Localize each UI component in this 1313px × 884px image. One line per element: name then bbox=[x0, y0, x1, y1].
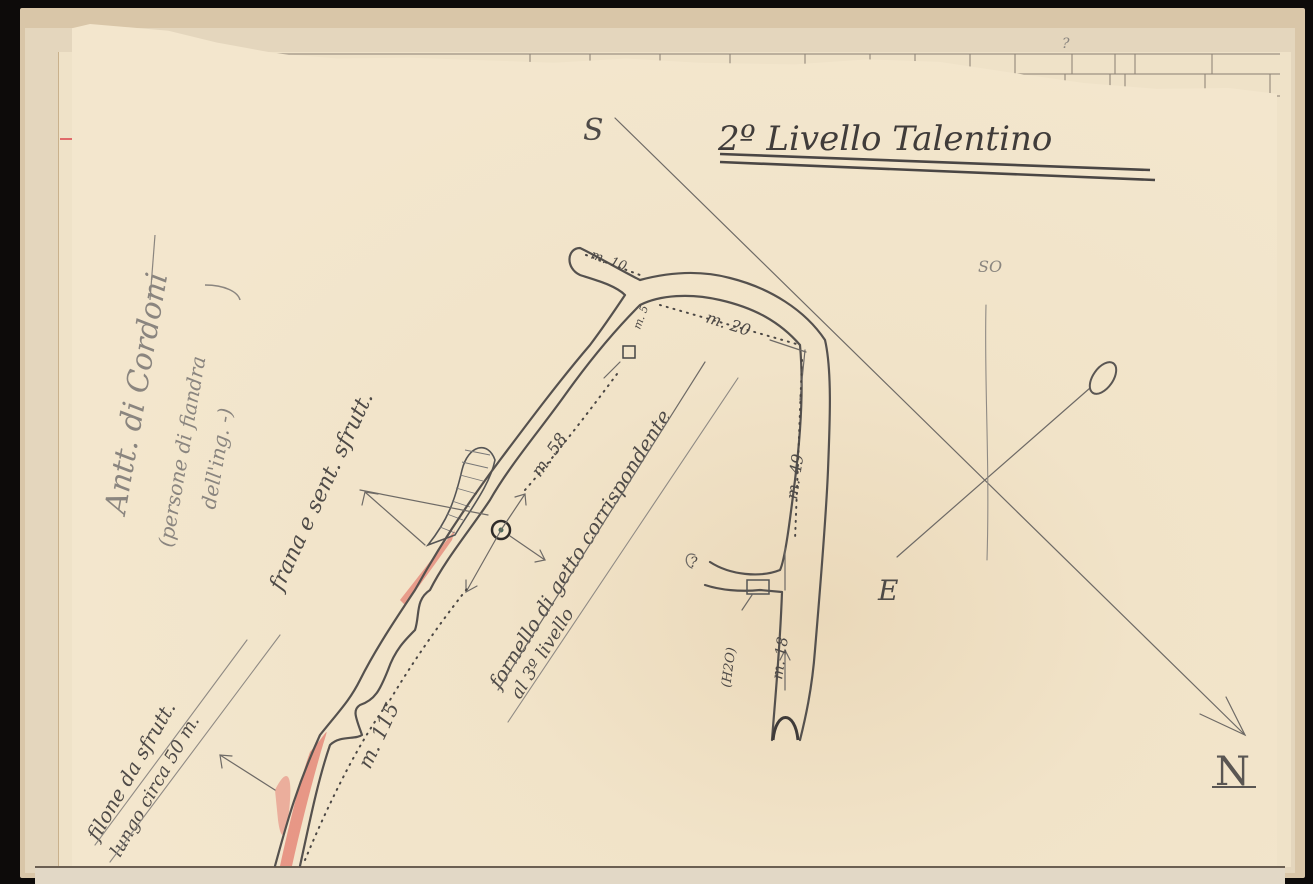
southwest-label: SO bbox=[978, 257, 1002, 276]
measure-short-segment: m. 5 bbox=[631, 304, 652, 331]
arrow-up-icon bbox=[501, 494, 525, 530]
survey-station-box bbox=[623, 346, 635, 358]
unknown-branch-label: ? bbox=[690, 555, 698, 571]
arrow-station-icon bbox=[604, 362, 620, 378]
note-persone: (persone di fiandra bbox=[153, 354, 210, 549]
east-label: E bbox=[877, 574, 898, 607]
east-west-line bbox=[897, 388, 1090, 557]
arrow-shaft-icon bbox=[510, 536, 545, 560]
north-label: N bbox=[1215, 749, 1250, 795]
south-label: S bbox=[583, 113, 604, 148]
measurements: m. 10 m. 5 m. 20 m. 58 m. 49 m. 18 m. 11… bbox=[353, 248, 808, 772]
measure-branch-top: m. 10 bbox=[589, 248, 629, 275]
north-south-line bbox=[615, 118, 1245, 735]
north-arrowhead-icon bbox=[1200, 697, 1245, 735]
title-text: 2º Livello Talentino bbox=[717, 119, 1052, 159]
stope-pointer bbox=[220, 755, 275, 790]
mine-gallery: ? bbox=[220, 248, 830, 866]
water-box bbox=[747, 580, 769, 594]
water-arrow-icon bbox=[742, 595, 752, 610]
faint-vertical-line bbox=[986, 305, 988, 560]
mine-survey-drawing: 2º Livello Talentino ? S N E SO bbox=[0, 0, 1313, 884]
collapse-zone bbox=[428, 448, 495, 545]
compass-rose: S N E SO bbox=[583, 113, 1256, 795]
arrow-down-icon bbox=[466, 530, 501, 592]
survey-line-right bbox=[795, 360, 802, 540]
note-shaft-line1: fornello di getto corrispondente bbox=[483, 405, 676, 694]
note-ing: dell'ing. -) bbox=[196, 406, 237, 511]
note-collapse: frana e sent. sfrutt. bbox=[264, 388, 379, 596]
entrance-arch bbox=[773, 718, 798, 741]
west-label-o bbox=[1084, 358, 1121, 399]
measure-entrance-segment: m. 18 bbox=[768, 636, 792, 681]
measure-upper-gallery: m. 20 bbox=[704, 308, 753, 340]
note-water: (H2O) bbox=[719, 646, 739, 688]
page-mark: ? bbox=[1062, 36, 1070, 52]
gallery-outer-wall bbox=[275, 248, 830, 866]
red-vein-patch bbox=[275, 776, 290, 835]
page-title: 2º Livello Talentino bbox=[717, 119, 1155, 180]
measure-right-vertical: m. 49 bbox=[782, 453, 807, 501]
